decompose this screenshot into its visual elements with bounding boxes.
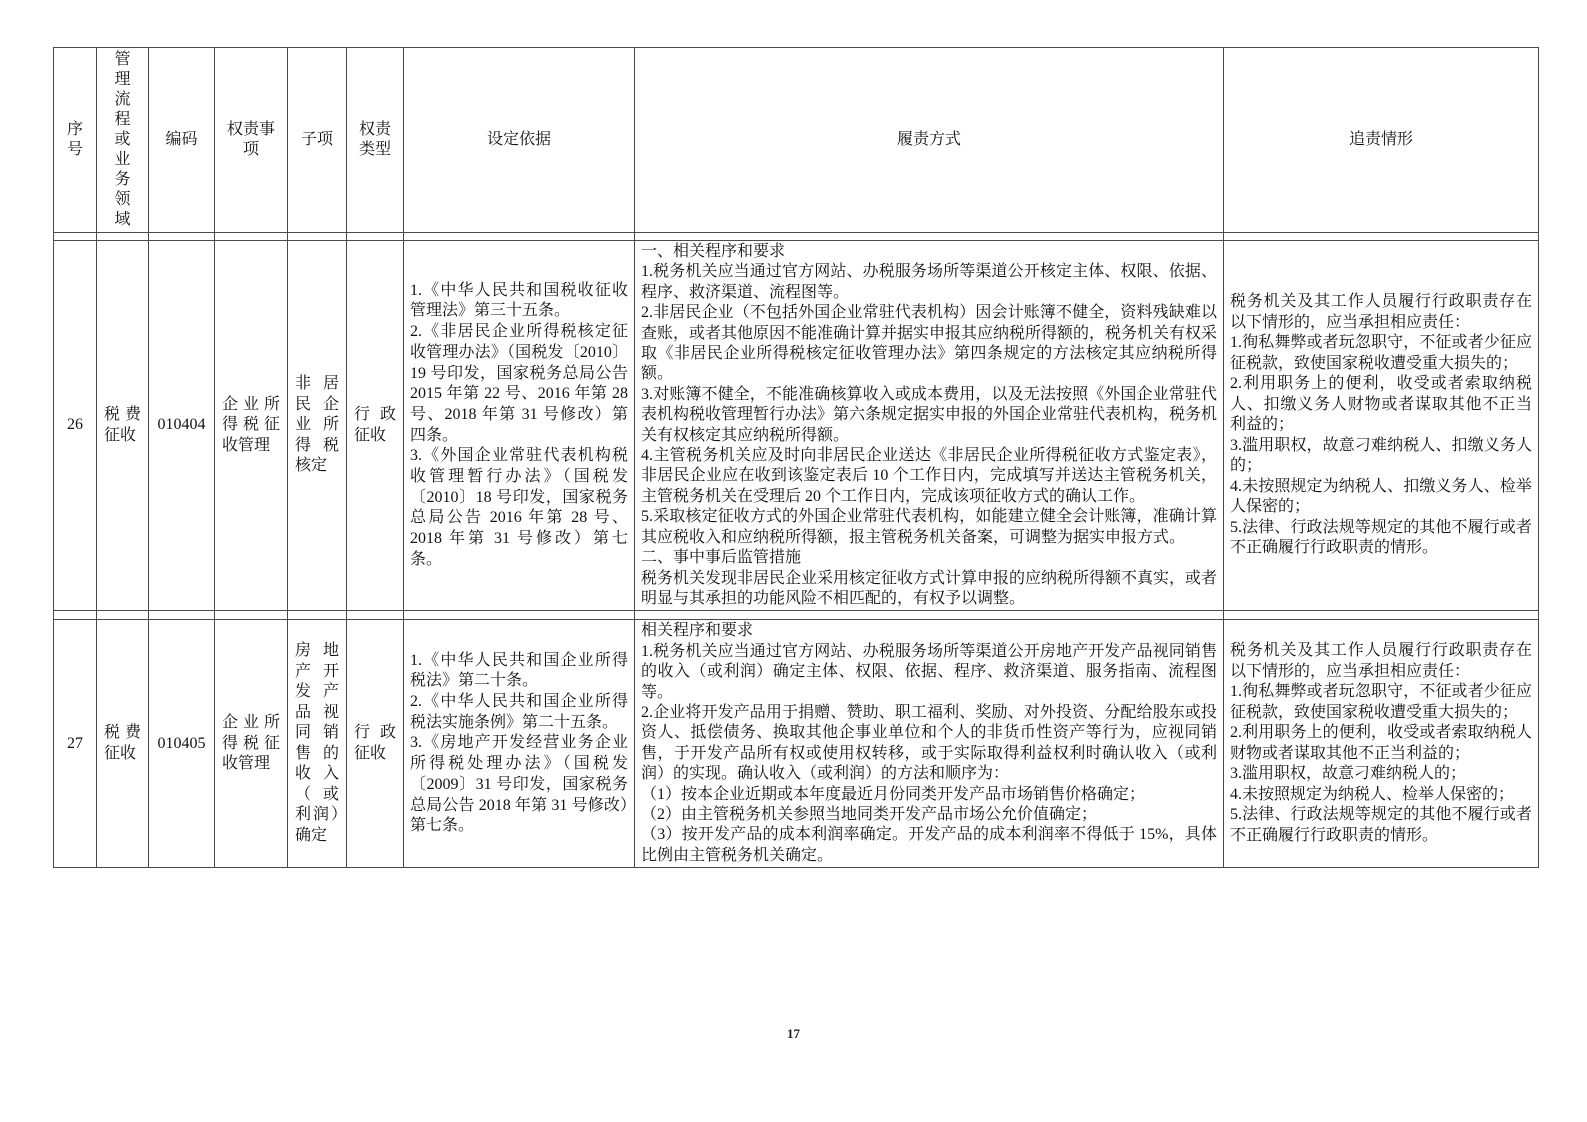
cell-type: 行政征收 bbox=[347, 241, 404, 611]
page-number: 17 bbox=[0, 1026, 1587, 1042]
cell-area: 税费征收 bbox=[97, 620, 149, 868]
cell-method: 相关程序和要求 1.税务机关应当通过官方网站、办税服务场所等渠道公开房地产开发产… bbox=[635, 620, 1224, 868]
responsibility-table: 序号 管理流程或业务领域 编码 权责事项 子项 权责类型 设定依据 履责方式 追… bbox=[53, 47, 1539, 868]
table-row-27: 27 税费征收 010405 企业所得税征收管理 房地产开发产品视同销售的收入（… bbox=[54, 620, 1539, 868]
cell-seq: 27 bbox=[54, 620, 97, 868]
cell-accountability: 税务机关及其工作人员履行行政职责存在以下情形的，应当承担相应责任： 1.徇私舞弊… bbox=[1224, 620, 1539, 868]
header-type: 权责类型 bbox=[347, 48, 404, 233]
header-basis: 设定依据 bbox=[404, 48, 635, 233]
cell-code: 010405 bbox=[149, 620, 215, 868]
header-code: 编码 bbox=[149, 48, 215, 233]
header-accountability: 追责情形 bbox=[1224, 48, 1539, 233]
header-method: 履责方式 bbox=[635, 48, 1224, 233]
cell-subitem: 非居民企业所得税核定 bbox=[288, 241, 347, 611]
document-page: 序号 管理流程或业务领域 编码 权责事项 子项 权责类型 设定依据 履责方式 追… bbox=[0, 0, 1587, 1122]
header-seq: 序号 bbox=[54, 48, 97, 233]
header-matter: 权责事项 bbox=[215, 48, 288, 233]
header-subitem: 子项 bbox=[288, 48, 347, 233]
cell-area: 税费征收 bbox=[97, 241, 149, 611]
cell-code: 010404 bbox=[149, 241, 215, 611]
spacer-row bbox=[54, 233, 1539, 241]
cell-basis: 1.《中华人民共和国企业所得税法》第二十条。 2.《中华人民共和国企业所得税法实… bbox=[404, 620, 635, 868]
spacer-row bbox=[54, 611, 1539, 620]
cell-method: 一、相关程序和要求 1.税务机关应当通过官方网站、办税服务场所等渠道公开核定主体… bbox=[635, 241, 1224, 611]
cell-basis: 1.《中华人民共和国税收征收管理法》第三十五条。 2.《非居民企业所得税核定征收… bbox=[404, 241, 635, 611]
cell-accountability: 税务机关及其工作人员履行行政职责存在以下情形的，应当承担相应责任： 1.徇私舞弊… bbox=[1224, 241, 1539, 611]
cell-matter: 企业所得税征收管理 bbox=[215, 241, 288, 611]
table-row-26: 26 税费征收 010404 企业所得税征收管理 非居民企业所得税核定 行政征收… bbox=[54, 241, 1539, 611]
cell-matter: 企业所得税征收管理 bbox=[215, 620, 288, 868]
cell-type: 行政征收 bbox=[347, 620, 404, 868]
cell-seq: 26 bbox=[54, 241, 97, 611]
table-header-row: 序号 管理流程或业务领域 编码 权责事项 子项 权责类型 设定依据 履责方式 追… bbox=[54, 48, 1539, 233]
header-area: 管理流程或业务领域 bbox=[97, 48, 149, 233]
cell-subitem: 房地产开发产品视同销售的收入（或利润）确定 bbox=[288, 620, 347, 868]
